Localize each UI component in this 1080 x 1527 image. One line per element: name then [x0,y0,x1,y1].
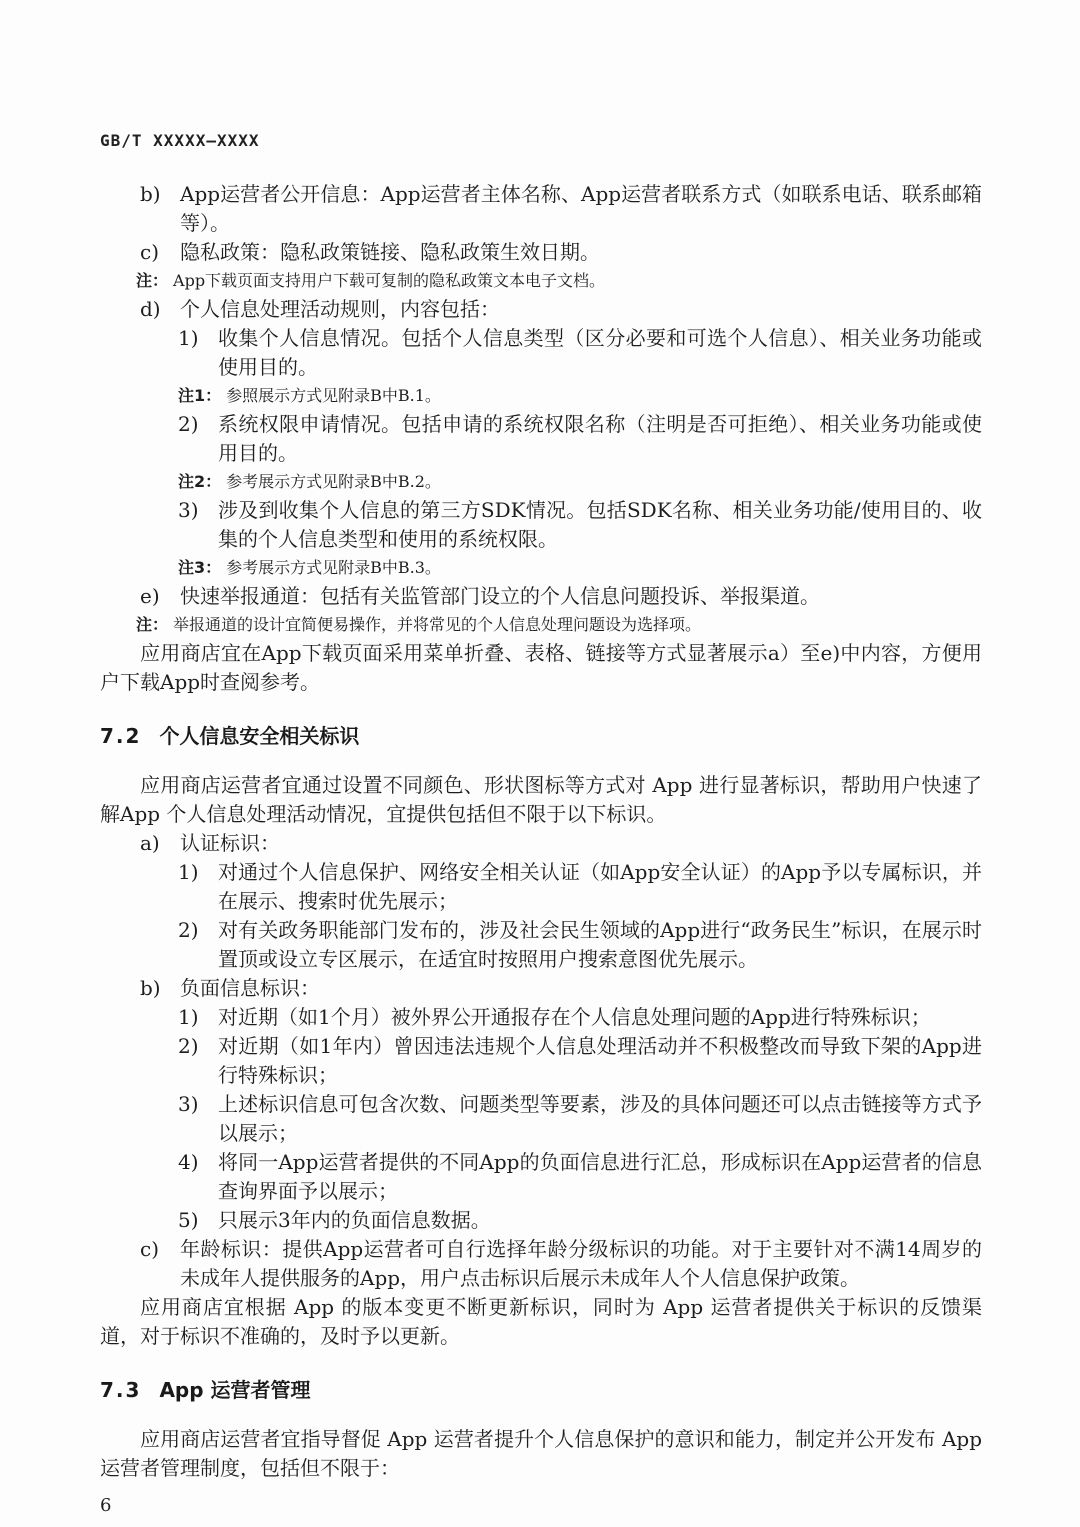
note-2-label: 注2： [178,470,221,494]
list-item-d1-text: 收集个人信息情况。包括个人信息类型（区分必要和可选个人信息）、相关业务功能或使用… [218,324,982,382]
note-privacy-policy: 注： App下载页面支持用户下载可复制的隐私政策文本电子文档。 [100,267,982,295]
section-7-3-number: 7.3 [100,1378,141,1402]
list-item-d2: 2) 系统权限申请情况。包括申请的系统权限名称（注明是否可拒绝）、相关业务功能或… [100,410,982,468]
list-item-72a-label: a) [140,829,180,858]
list-item-72b5-text: 只展示3年内的负面信息数据。 [218,1206,982,1235]
list-item-72b-label: b) [140,974,180,1003]
list-item-72a2-label: 2) [178,916,218,974]
page-number: 6 [100,1493,982,1519]
list-item-d2-label: 2) [178,410,218,468]
list-item-72b2-text: 对近期（如1年内）曾因违法违规个人信息处理活动并不积极整改而导致下架的App进行… [218,1032,982,1090]
list-item-72c-text: 年龄标识：提供App运营者可自行选择年龄分级标识的功能。对于主要针对不满14周岁… [180,1235,982,1293]
list-item-d1-label: 1) [178,324,218,382]
list-item-d-text: 个人信息处理活动规则，内容包括： [180,295,982,324]
paragraph-7-3-intro: 应用商店运营者宜指导督促 App 运营者提升个人信息保护的意识和能力，制定并公开… [100,1425,982,1483]
list-item-72b-text: 负面信息标识： [180,974,982,1003]
note-report-channel: 注： 举报通道的设计宜简便易操作，并将常见的个人信息处理问题设为选择项。 [100,611,982,639]
list-item-c: c) 隐私政策：隐私政策链接、隐私政策生效日期。 [100,238,982,267]
note-2-text: 参考展示方式见附录B中B.2。 [226,470,982,494]
list-item-72c-label: c) [140,1235,180,1293]
note-1: 注1： 参照展示方式见附录B中B.1。 [100,382,982,410]
document-content: b) App运营者公开信息：App运营者主体名称、App运营者联系方式（如联系电… [100,180,982,1519]
document-code-header: GB/T XXXXX—XXXX [100,131,260,150]
list-item-72b1-label: 1) [178,1003,218,1032]
list-item-72b5-label: 5) [178,1206,218,1235]
list-item-d3-text: 涉及到收集个人信息的第三方SDK情况。包括SDK名称、相关业务功能/使用目的、收… [218,496,982,554]
list-item-72a1-text: 对通过个人信息保护、网络安全相关认证（如App安全认证）的App予以专属标识，并… [218,858,982,916]
section-7-2-number: 7.2 [100,724,141,748]
list-item-72b5: 5) 只展示3年内的负面信息数据。 [100,1206,982,1235]
list-item-72b1: 1) 对近期（如1个月）被外界公开通报存在个人信息处理问题的App进行特殊标识； [100,1003,982,1032]
list-item-72b4-text: 将同一App运营者提供的不同App的负面信息进行汇总，形成标识在App运营者的信… [218,1148,982,1206]
list-item-d-label: d) [140,295,180,324]
list-item-72b4-label: 4) [178,1148,218,1206]
paragraph-7-2-closing: 应用商店宜根据 App 的版本变更不断更新标识，同时为 App 运营者提供关于标… [100,1293,982,1351]
list-item-e-text: 快速举报通道：包括有关监管部门设立的个人信息问题投诉、举报渠道。 [180,582,982,611]
note-report-channel-label: 注： [136,613,168,637]
paragraph-7-1-closing: 应用商店宜在App下载页面采用菜单折叠、表格、链接等方式显著展示a）至e)中内容… [100,639,982,697]
list-item-72a2: 2) 对有关政务职能部门发布的，涉及社会民生领域的App进行“政务民生”标识，在… [100,916,982,974]
list-item-72b1-text: 对近期（如1个月）被外界公开通报存在个人信息处理问题的App进行特殊标识； [218,1003,982,1032]
list-item-72a: a) 认证标识： [100,829,982,858]
note-3: 注3： 参考展示方式见附录B中B.3。 [100,554,982,582]
note-privacy-policy-text: App下载页面支持用户下载可复制的隐私政策文本电子文档。 [173,269,982,293]
list-item-72b3: 3) 上述标识信息可包含次数、问题类型等要素，涉及的具体问题还可以点击链接等方式… [100,1090,982,1148]
list-item-d3-label: 3) [178,496,218,554]
list-item-72b2-label: 2) [178,1032,218,1090]
section-heading-7-3: 7.3App 运营者管理 [100,1375,982,1405]
section-7-2-title: 个人信息安全相关标识 [159,724,359,748]
list-item-b: b) App运营者公开信息：App运营者主体名称、App运营者联系方式（如联系电… [100,180,982,238]
section-heading-7-2: 7.2个人信息安全相关标识 [100,721,982,751]
note-2: 注2： 参考展示方式见附录B中B.2。 [100,468,982,496]
list-item-72a1: 1) 对通过个人信息保护、网络安全相关认证（如App安全认证）的App予以专属标… [100,858,982,916]
list-item-d1: 1) 收集个人信息情况。包括个人信息类型（区分必要和可选个人信息）、相关业务功能… [100,324,982,382]
note-report-channel-text: 举报通道的设计宜简便易操作，并将常见的个人信息处理问题设为选择项。 [173,613,982,637]
list-item-72a1-label: 1) [178,858,218,916]
list-item-d: d) 个人信息处理活动规则，内容包括： [100,295,982,324]
list-item-72c: c) 年龄标识：提供App运营者可自行选择年龄分级标识的功能。对于主要针对不满1… [100,1235,982,1293]
section-7-3-title: App 运营者管理 [159,1378,310,1402]
list-item-c-text: 隐私政策：隐私政策链接、隐私政策生效日期。 [180,238,982,267]
list-item-72b4: 4) 将同一App运营者提供的不同App的负面信息进行汇总，形成标识在App运营… [100,1148,982,1206]
list-item-72b3-label: 3) [178,1090,218,1148]
list-item-72a2-text: 对有关政务职能部门发布的，涉及社会民生领域的App进行“政务民生”标识，在展示时… [218,916,982,974]
list-item-e-label: e) [140,582,180,611]
list-item-c-label: c) [140,238,180,267]
list-item-72b: b) 负面信息标识： [100,974,982,1003]
note-privacy-policy-label: 注： [136,269,168,293]
note-3-text: 参考展示方式见附录B中B.3。 [226,556,982,580]
list-item-d2-text: 系统权限申请情况。包括申请的系统权限名称（注明是否可拒绝）、相关业务功能或使用目… [218,410,982,468]
list-item-e: e) 快速举报通道：包括有关监管部门设立的个人信息问题投诉、举报渠道。 [100,582,982,611]
list-item-b-label: b) [140,180,180,238]
list-item-b-text: App运营者公开信息：App运营者主体名称、App运营者联系方式（如联系电话、联… [180,180,982,238]
note-1-label: 注1： [178,384,221,408]
list-item-d3: 3) 涉及到收集个人信息的第三方SDK情况。包括SDK名称、相关业务功能/使用目… [100,496,982,554]
paragraph-7-2-intro: 应用商店运营者宜通过设置不同颜色、形状图标等方式对 App 进行显著标识，帮助用… [100,771,982,829]
list-item-72b3-text: 上述标识信息可包含次数、问题类型等要素，涉及的具体问题还可以点击链接等方式予以展… [218,1090,982,1148]
note-3-label: 注3： [178,556,221,580]
document-page: GB/T XXXXX—XXXX b) App运营者公开信息：App运营者主体名称… [0,0,1080,1527]
list-item-72a-text: 认证标识： [180,829,982,858]
list-item-72b2: 2) 对近期（如1年内）曾因违法违规个人信息处理活动并不积极整改而导致下架的Ap… [100,1032,982,1090]
note-1-text: 参照展示方式见附录B中B.1。 [226,384,982,408]
